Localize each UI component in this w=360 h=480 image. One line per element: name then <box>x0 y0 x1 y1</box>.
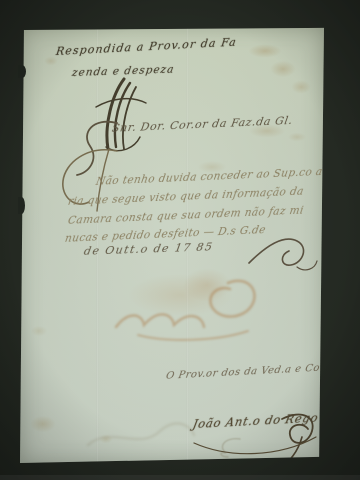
photo-background: Respondida a Prov.or da Fa zenda e despe… <box>0 0 360 480</box>
signature-underline-flourish <box>190 433 320 463</box>
paper-edge-notch <box>18 65 26 78</box>
body-line: Não tenho duvida conceder ao Sup.co a Si… <box>95 165 356 188</box>
closing-line: O Prov.or dos da Ved.a e Cont.a <box>165 362 342 382</box>
seal-ghost-stain <box>108 265 268 355</box>
manuscript-paper: Respondida a Prov.or da Fa zenda e despe… <box>20 27 324 463</box>
photo-bottom-band <box>0 475 360 480</box>
annotation-line-1: Respondida a Prov.or da Fa <box>55 35 237 58</box>
paper-edge-notch <box>18 197 25 214</box>
verso-ghost-writing <box>80 395 200 465</box>
